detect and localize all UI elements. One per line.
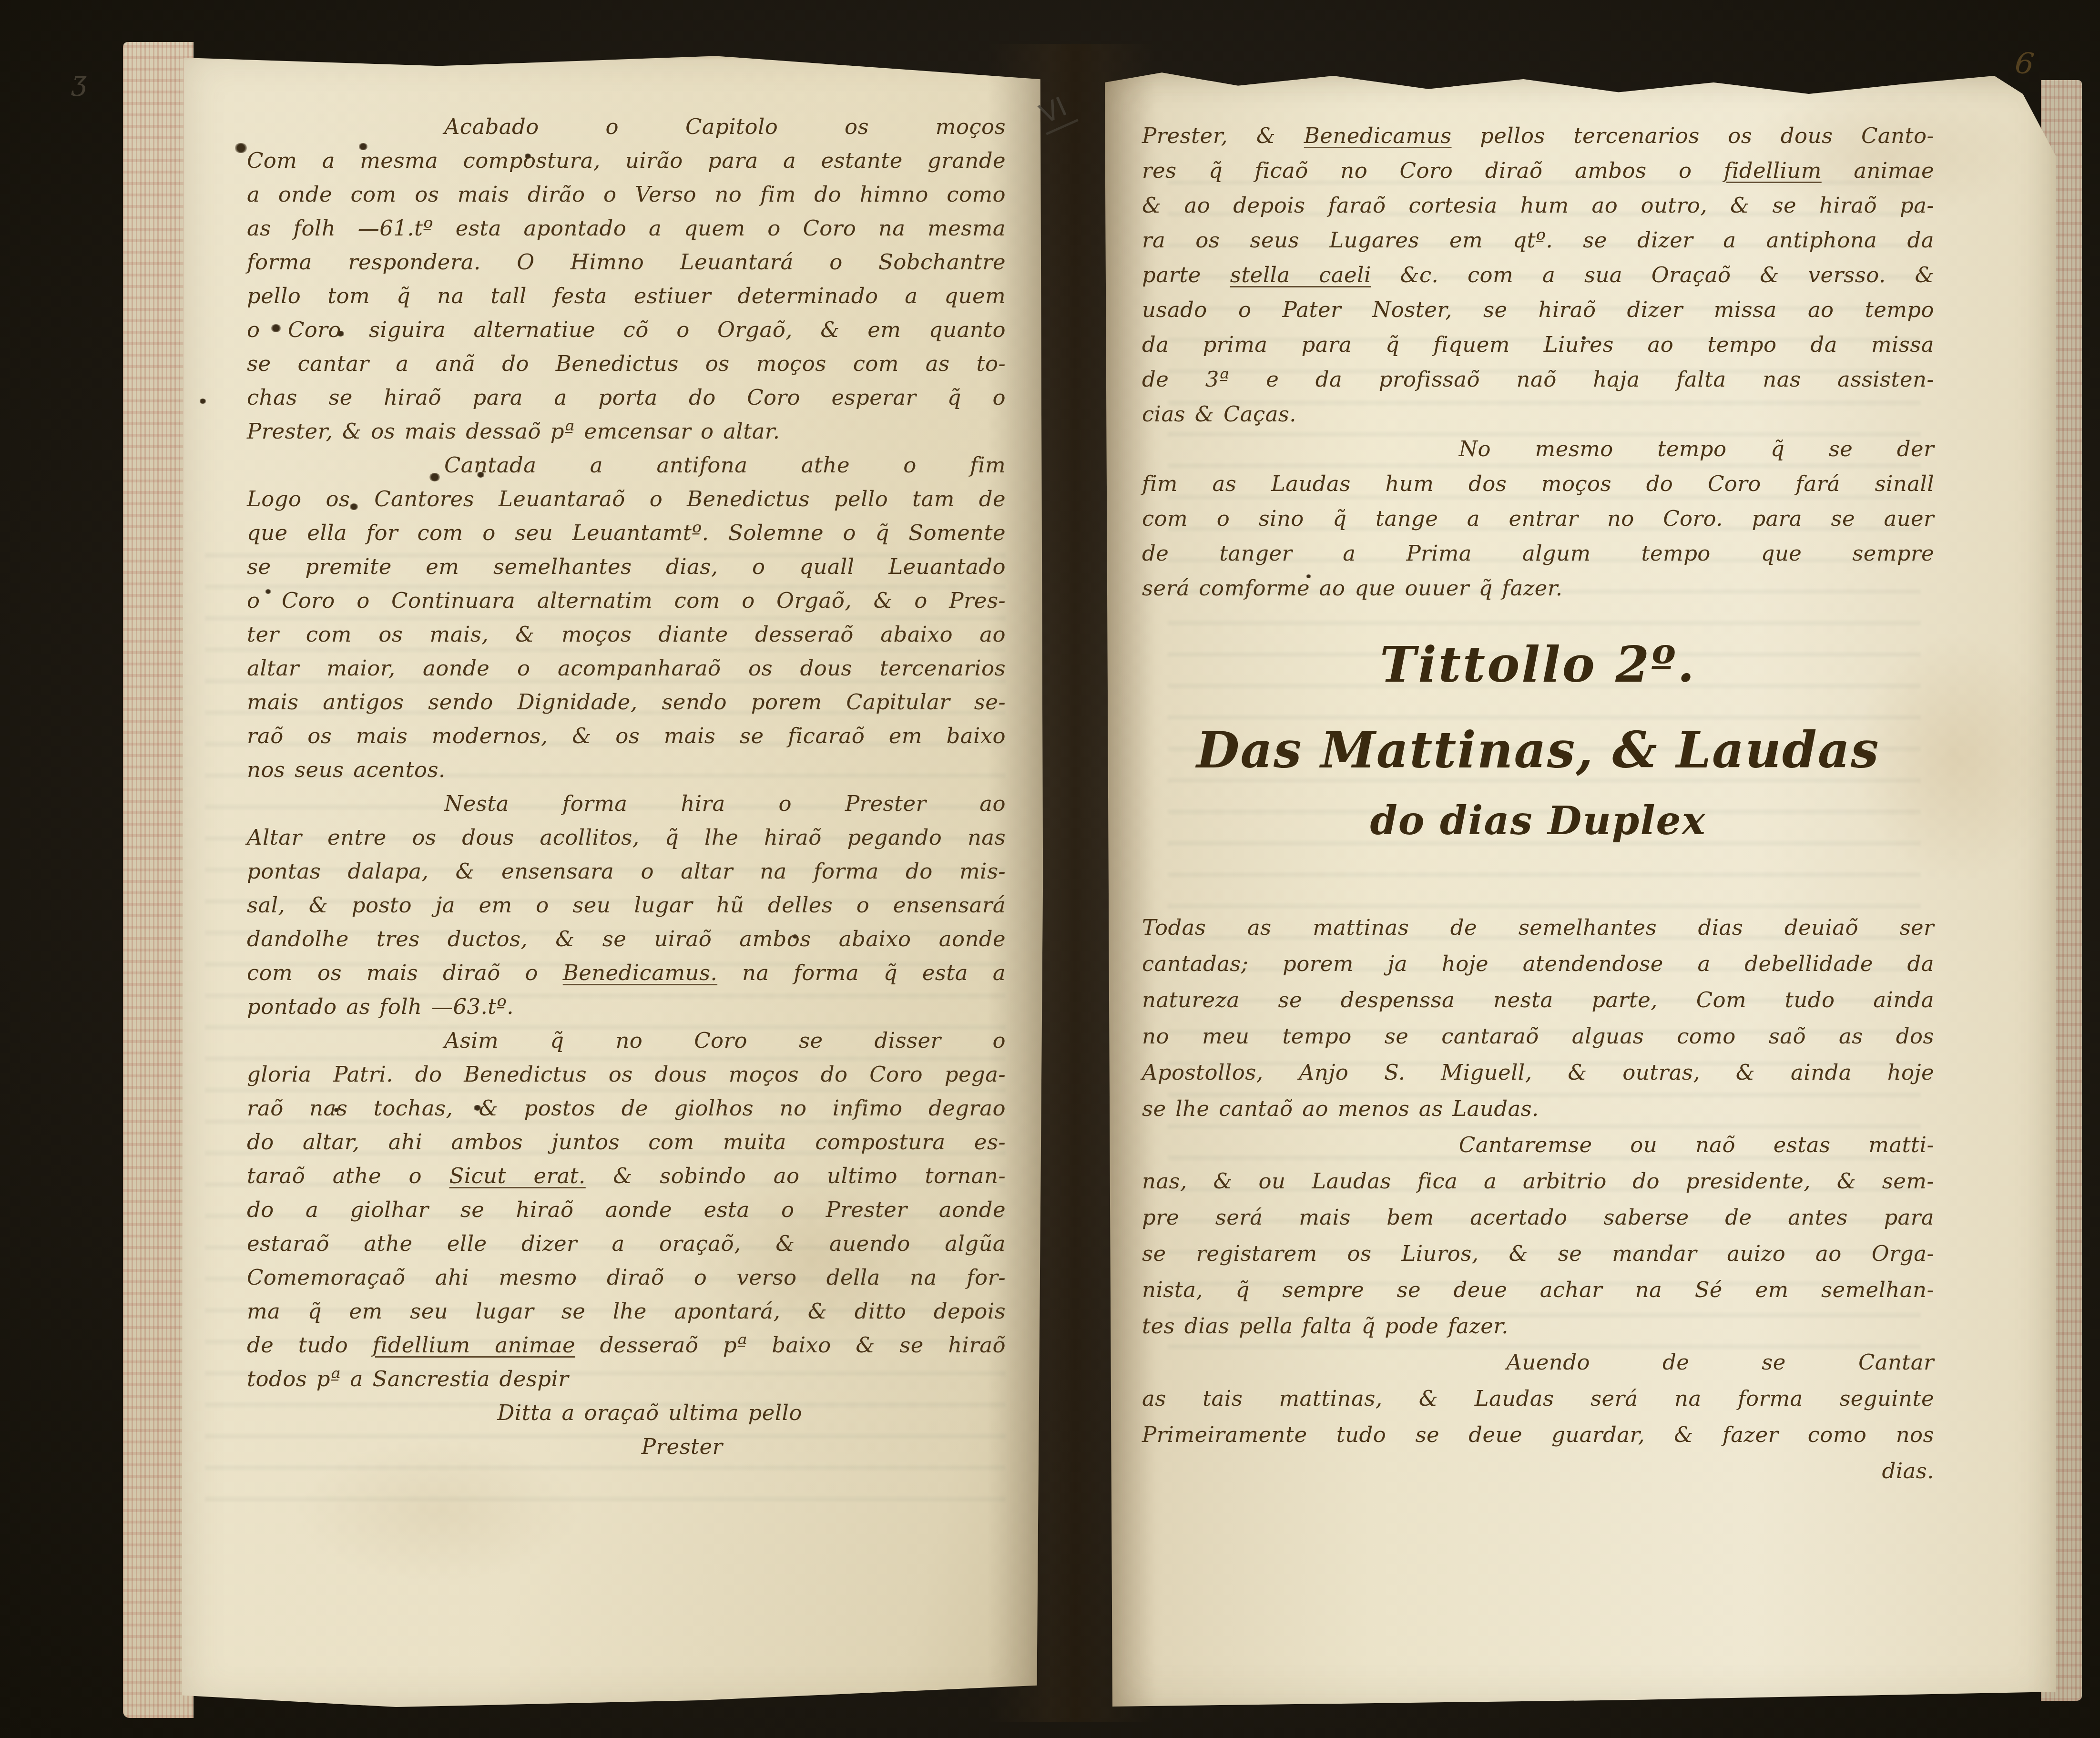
right-page-text-top: Prester, & Benedicamus pellos tercenario…	[1142, 118, 1934, 605]
manuscript-line: usado o Pater Noster, se hiraõ dizer mis…	[1142, 292, 1934, 327]
manuscript-line: pello tom q̃ na tall festa estiuer deter…	[247, 279, 1006, 313]
manuscript-line: que ella for com o seu Leuantamtº. Solem…	[247, 516, 1006, 550]
manuscript-line: chas se hiraõ para a porta do Coro esper…	[247, 380, 1006, 414]
manuscript-line: nos seus acentos.	[247, 753, 1006, 787]
manuscript-line: dandolhe tres ductos, & se uiraõ ambos a…	[247, 922, 1006, 956]
manuscript-line: cantadas; porem ja hoje atendendose a de…	[1142, 946, 1934, 982]
manuscript-line: se premite em semelhantes dias, o quall …	[247, 550, 1006, 583]
manuscript-line: se registarem os Liuros, & se mandar aui…	[1142, 1236, 1934, 1272]
manuscript-line: se lhe cantaõ ao menos as Laudas.	[1142, 1091, 1934, 1127]
manuscript-line: natureza se despenssa nesta parte, Com t…	[1142, 982, 1934, 1018]
chapter-title-line3: do dias Duplex	[1142, 790, 1934, 851]
manuscript-line: cias & Caças.	[1142, 397, 1934, 431]
manuscript-line: ra os seus Lugares em qtº. se dizer a an…	[1142, 223, 1934, 257]
manuscript-line: o Coro siguira alternatiue cõ o Orgaõ, &…	[247, 313, 1006, 347]
manuscript-line: raõ os mais modernos, & os mais se ficar…	[247, 719, 1006, 753]
pencil-margin-squiggle: ʒ	[71, 66, 87, 97]
manuscript-line: Altar entre os dous acollitos, q̃ lhe hi…	[247, 820, 1006, 854]
manuscript-line: fim as Laudas hum dos moços do Coro fará…	[1142, 466, 1934, 501]
manuscript-line: Acabado o Capitolo os moços	[444, 110, 1006, 143]
manuscript-line: do a giolhar se hiraõ aonde esta o Prest…	[247, 1193, 1006, 1227]
manuscript-line: Prester	[642, 1430, 1006, 1463]
manuscript-line: nista, q̃ sempre se deue achar na Sé em …	[1142, 1272, 1934, 1308]
manuscript-line: de tanger a Prima algum tempo que sempre	[1142, 536, 1934, 571]
ink-blot	[234, 143, 247, 153]
manuscript-line: Apostollos, Anjo S. Miguell, & outras, &…	[1142, 1054, 1934, 1091]
manuscript-line: estaraõ athe elle dizer a oraçaõ, & auen…	[247, 1227, 1006, 1260]
manuscript-line: Primeiramente tudo se deue guardar, & fa…	[1142, 1417, 1934, 1453]
ink-blot	[199, 399, 206, 404]
manuscript-line: Comemoraçaõ ahi mesmo diraõ o verso dell…	[247, 1260, 1006, 1294]
manuscript-line: dias.	[1142, 1453, 1934, 1489]
manuscript-line: nas, & ou Laudas fica a arbitrio do pres…	[1142, 1163, 1934, 1199]
manuscript-line: ma q̃ em seu lugar se lhe apontará, & di…	[247, 1294, 1006, 1328]
manuscript-line: Todas as mattinas de semelhantes dias de…	[1142, 910, 1934, 946]
manuscript-line: pontas dalapa, & ensensara o altar na fo…	[247, 854, 1006, 888]
manuscript-line: as tais mattinas, & Laudas será na forma…	[1142, 1380, 1934, 1417]
manuscript-line: raõ nas tochas, & postos de giolhos no i…	[247, 1091, 1006, 1125]
manuscript-line: taraõ athe o Sicut erat. & sobindo ao ul…	[247, 1159, 1006, 1193]
underlined-phrase: stella caeli	[1230, 262, 1371, 287]
manuscript-line: No mesmo tempo q̃ se der	[1459, 431, 1934, 466]
manuscript-line: o Coro o Continuara alternatim com o Org…	[247, 583, 1006, 617]
manuscript-line: Logo os Cantores Leuantaraõ o Benedictus…	[247, 482, 1006, 516]
manuscript-line: mais antigos sendo Dignidade, sendo pore…	[247, 685, 1006, 719]
manuscript-line: pre será mais bem acertado saberse de an…	[1142, 1199, 1934, 1236]
manuscript-line: de 3ª e da profissaõ naõ haja falta nas …	[1142, 362, 1934, 397]
manuscript-line: forma respondera. O Himno Leuantará o So…	[247, 245, 1006, 279]
underlined-phrase: Benedicamus.	[563, 960, 717, 985]
manuscript-line: Ditta a oraçaõ ultima pello	[497, 1396, 1006, 1430]
manuscript-line: Prester, & Benedicamus pellos tercenario…	[1142, 118, 1934, 153]
chapter-title: Tittollo 2º. Das Mattinas, & Laudas do d…	[1142, 620, 1934, 851]
manuscript-line: res q̃ ficaõ no Coro diraõ ambos o fidel…	[1142, 153, 1934, 188]
manuscript-line: as folh —61.tº esta apontado a quem o Co…	[247, 211, 1006, 245]
manuscript-line: no meu tempo se cantaraõ alguas como saõ…	[1142, 1018, 1934, 1054]
manuscript-line: gloria Patri. do Benedictus os dous moço…	[247, 1057, 1006, 1091]
manuscript-line: Asim q̃ no Coro se disser o	[444, 1023, 1006, 1057]
manuscript-line: será comforme ao que ouuer q̃ fazer.	[1142, 571, 1934, 605]
manuscript-line: ter com os mais, & moços diante desseraõ…	[247, 617, 1006, 651]
left-page-text: Acabado o Capitolo os moçosCom a mesma c…	[247, 110, 1006, 1463]
manuscript-line: & ao depois faraõ cortesia hum ao outro,…	[1142, 188, 1934, 223]
manuscript-line: Cantada a antifona athe o fim	[444, 448, 1006, 482]
right-page-text-bottom: Todas as mattinas de semelhantes dias de…	[1142, 910, 1934, 1489]
manuscript-line: sal, & posto ja em o seu lugar hũ delles…	[247, 888, 1006, 922]
manuscript-line: com os mais diraõ o Benedicamus. na form…	[247, 956, 1006, 990]
chapter-title-line2: Das Mattinas, & Laudas	[1142, 710, 1934, 790]
underlined-phrase: Sicut erat.	[449, 1163, 585, 1188]
manuscript-line: pontado as folh —63.tº.	[247, 990, 1006, 1023]
underlined-phrase: fidellium	[1724, 158, 1822, 183]
manuscript-line: parte stella caeli &c. com a sua Oraçaõ …	[1142, 257, 1934, 292]
manuscript-line: de tudo fidellium animae desseraõ pª bai…	[247, 1328, 1006, 1362]
manuscript-line: Prester, & os mais dessaõ pª emcensar o …	[247, 414, 1006, 448]
manuscript-line: da prima para q̃ fiquem Liures ao tempo …	[1142, 327, 1934, 362]
manuscript-line: Com a mesma compostura, uirão para a est…	[247, 143, 1006, 177]
manuscript-line: Auendo de se Cantar	[1507, 1344, 1934, 1380]
manuscript-line: se cantar a anã do Benedictus os moços c…	[247, 347, 1006, 380]
manuscript-scan: { "document": { "kind": "manuscript doub…	[0, 0, 2100, 1738]
underlined-phrase: Benedicamus	[1304, 123, 1452, 148]
underlined-phrase: fidellium animae	[373, 1332, 575, 1358]
chapter-title-line1: Tittollo 2º.	[1142, 620, 1934, 710]
manuscript-line: todos pª a Sancrestia despir	[247, 1362, 1006, 1396]
manuscript-line: do altar, ahi ambos juntos com muita com…	[247, 1125, 1006, 1159]
manuscript-line: Cantaremse ou naõ estas matti-	[1459, 1127, 1934, 1163]
manuscript-line: tes dias pella falta q̃ pode fazer.	[1142, 1308, 1934, 1344]
manuscript-line: altar maior, aonde o acompanharaõ os dou…	[247, 651, 1006, 685]
manuscript-line: Nesta forma hira o Prester ao	[444, 787, 1006, 820]
manuscript-line: com o sino q̃ tange a entrar no Coro. pa…	[1142, 501, 1934, 536]
manuscript-line: a onde com os mais dirão o Verso no fim …	[247, 177, 1006, 211]
